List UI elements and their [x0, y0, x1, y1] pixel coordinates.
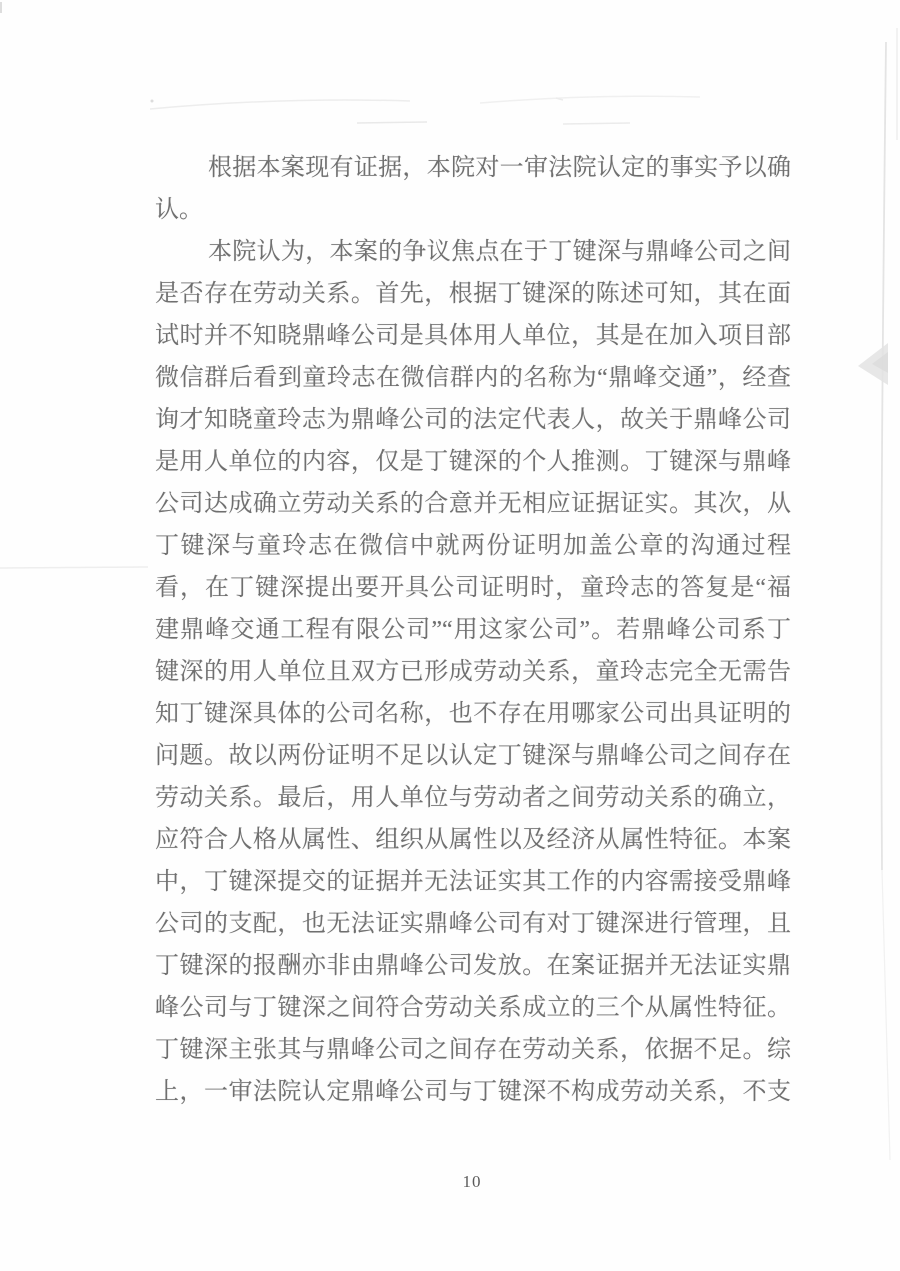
text-line: 峰公司与丁键深之间符合劳动关系成立的三个从属性特征。 — [155, 987, 791, 1029]
text-line: 上，一审法院认定鼎峰公司与丁键深不构成劳动关系，不支 — [155, 1071, 791, 1113]
fold-line — [881, 42, 886, 870]
fold-smudge — [858, 343, 888, 385]
text-line: 建鼎峰交通工程有限公司”“用这家公司”。若鼎峰公司系丁 — [155, 609, 791, 651]
text-line: 公司达成确立劳动关系的合意并无相应证据证实。其次，从 — [155, 483, 791, 525]
scan-curve — [480, 96, 700, 103]
scan-curve — [150, 100, 410, 109]
text-line: 丁键深主张其与鼎峰公司之间存在劳动关系，依据不足。综 — [155, 1029, 791, 1071]
text-line: 认。 — [155, 189, 791, 231]
text-line: 根据本案现有证据，本院对一审法院认定的事实予以确 — [155, 147, 791, 189]
text-line: 劳动关系。最后，用人单位与劳动者之间劳动关系的确立， — [155, 777, 791, 819]
left-smudge-line — [0, 567, 148, 568]
text-line: 问题。故以两份证明不足以认定丁键深与鼎峰公司之间存在 — [155, 735, 791, 777]
scan-dot — [151, 100, 154, 103]
text-line: 丁键深的报酬亦非由鼎峰公司发放。在案证据并无法证实鼎 — [155, 945, 791, 987]
judgment-body: 根据本案现有证据，本院对一审法院认定的事实予以确认。本院认为，本案的争议焦点在于… — [155, 147, 791, 1113]
text-line: 本院认为，本案的争议焦点在于丁键深与鼎峰公司之间 — [155, 231, 791, 273]
fold-smudge — [872, 352, 888, 373]
text-line: 是用人单位的内容，仅是丁键深的个人推测。丁键深与鼎峰 — [155, 441, 791, 483]
text-line: 看，在丁键深提出要开具公司证明时，童玲志的答复是“福 — [155, 567, 791, 609]
text-line: 知丁键深具体的公司名称，也不存在用哪家公司出具证明的 — [155, 693, 791, 735]
text-line: 键深的用人单位且双方已形成劳动关系，童玲志完全无需告 — [155, 651, 791, 693]
text-line: 试时并不知晓鼎峰公司是具体用人单位，其是在加入项目部 — [155, 315, 791, 357]
text-line: 微信群后看到童玲志在微信群内的名称为“鼎峰交通”，经查 — [155, 357, 791, 399]
scan-curve — [563, 123, 630, 124]
document-page: 根据本案现有证据，本院对一审法院认定的事实予以确认。本院认为，本案的争议焦点在于… — [0, 0, 900, 1271]
text-line: 丁键深与童玲志在微信中就两份证明加盖公章的沟通过程 — [155, 525, 791, 567]
fold-line — [882, 870, 890, 1160]
scan-curve — [556, 98, 563, 100]
page-number: 10 — [422, 1172, 522, 1192]
scan-edge-mark — [0, 2, 2, 13]
text-line: 公司的支配，也无法证实鼎峰公司有对丁键深进行管理，且 — [155, 903, 791, 945]
scan-curve — [357, 122, 427, 123]
text-line: 应符合人格从属性、组织从属性以及经济从属性特征。本案 — [155, 819, 791, 861]
text-line: 中，丁键深提交的证据并无法证实其工作的内容需接受鼎峰 — [155, 861, 791, 903]
text-line: 是否存在劳动关系。首先，根据丁键深的陈述可知，其在面 — [155, 273, 791, 315]
text-line: 询才知晓童玲志为鼎峰公司的法定代表人，故关于鼎峰公司 — [155, 399, 791, 441]
